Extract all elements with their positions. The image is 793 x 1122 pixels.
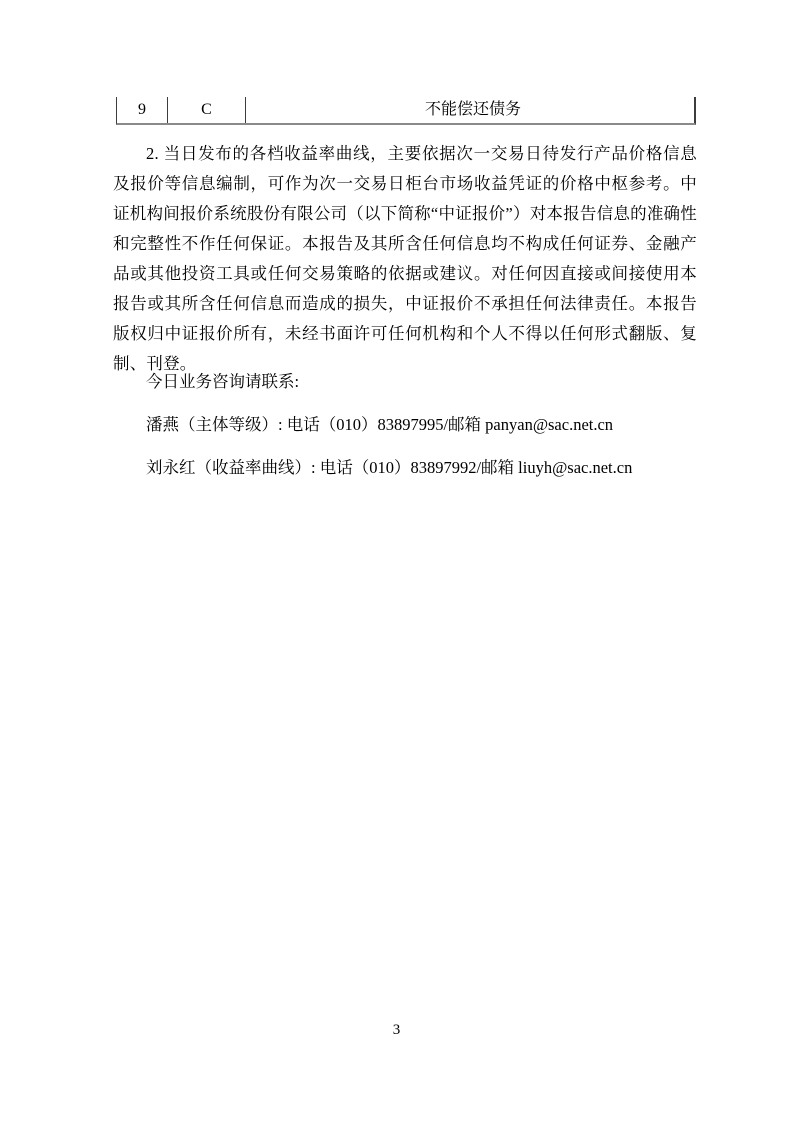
page-number: 3 (0, 1020, 793, 1040)
disclaimer-paragraph: 2. 当日发布的各档收益率曲线，主要依据次一交易日待发行产品价格信息及报价等信息… (113, 139, 697, 379)
contact-intro: 今日业务咨询请联系: (113, 371, 697, 393)
contact-line: 刘永红（收益率曲线）: 电话（010）83897992/邮箱 liuyh@sac… (113, 457, 753, 479)
table-cell-rating: C (168, 97, 246, 123)
table-cell-sequence: 9 (117, 97, 168, 123)
table-cell-description: 不能偿还债务 (246, 97, 695, 123)
contact-line: 潘燕（主体等级）: 电话（010）83897995/邮箱 panyan@sac.… (113, 414, 753, 436)
table-row: 9 C 不能偿还债务 (116, 97, 696, 125)
